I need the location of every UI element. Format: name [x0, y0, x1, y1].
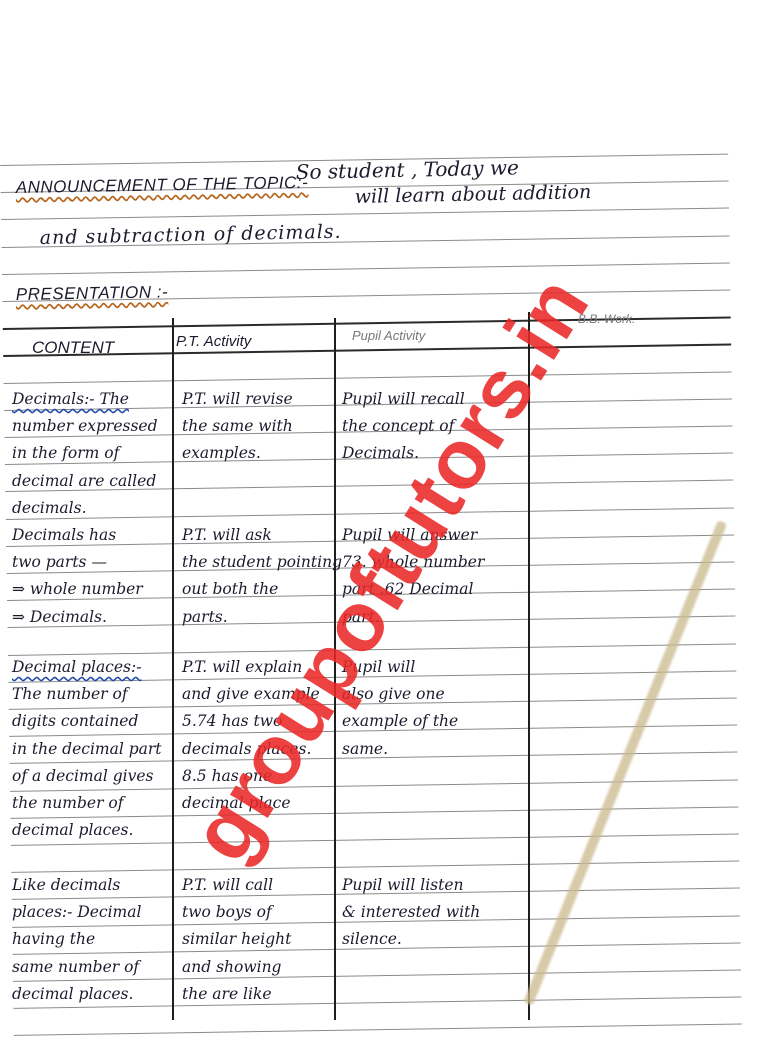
ruled-line	[14, 1024, 742, 1036]
ruled-line	[4, 371, 732, 383]
handwritten-line	[182, 468, 342, 495]
column-divider	[172, 318, 174, 1020]
handwritten-line: places:- Decimal	[12, 899, 141, 926]
handwritten-line: decimals.	[12, 495, 158, 522]
handwritten-line: digits contained	[12, 708, 162, 735]
ruled-line	[2, 262, 730, 274]
column-header-pupil-activity: Pupil Activity	[352, 328, 425, 343]
handwritten-line: Decimals has	[12, 522, 158, 549]
handwritten-line: ⇒ whole number	[12, 576, 158, 603]
handwritten-line: the are like	[182, 981, 291, 1008]
handwritten-line: same.	[342, 736, 458, 763]
pupil-activity-cell: Pupil will listen& interested with silen…	[342, 872, 480, 954]
handwritten-line: two parts —	[12, 549, 158, 576]
handwritten-line: same number of	[12, 954, 141, 981]
content-cell: Decimal places:-The number ofdigits cont…	[12, 654, 162, 844]
handwritten-line: and showing	[182, 954, 291, 981]
handwritten-line: decimal are called	[12, 468, 158, 495]
handwritten-line: P.T. will revise	[182, 386, 342, 413]
handwritten-line: Decimal places:-	[12, 654, 162, 681]
handwritten-line: of a decimal gives	[12, 763, 162, 790]
handwritten-line: similar height	[182, 926, 291, 953]
handwritten-line: ⇒ Decimals.	[12, 604, 158, 631]
content-cell: Like decimalsplaces:- Decimalhaving thes…	[12, 872, 141, 1008]
handwritten-line: Decimals:- The	[12, 386, 158, 413]
handwritten-line: decimal places.	[12, 981, 141, 1008]
handwritten-line: the number of	[12, 790, 162, 817]
presentation-heading: PRESENTATION :-	[16, 282, 169, 305]
pt-activity-cell: P.T. will calltwo boys ofsimilar heighta…	[182, 872, 291, 1008]
handwritten-line: Like decimals	[12, 872, 141, 899]
handwritten-line: the student pointing	[182, 549, 342, 576]
handwritten-line: examples.	[182, 440, 342, 467]
column-header-content: CONTENT	[32, 338, 114, 358]
handwritten-line: Pupil will listen	[342, 872, 480, 899]
handwritten-line: decimal places.	[12, 817, 162, 844]
ruled-line	[1, 208, 729, 220]
handwritten-line: & interested with	[342, 899, 480, 926]
content-cell: Decimals:- Thenumber expressedin the for…	[12, 386, 158, 631]
handwritten-line: The number of	[12, 681, 162, 708]
handwritten-line: two boys of	[182, 899, 291, 926]
handwritten-line: number expressed	[12, 413, 158, 440]
handwritten-line: the same with	[182, 413, 342, 440]
handwritten-line: in the form of	[12, 440, 158, 467]
column-header-pt-activity: P.T. Activity	[176, 333, 251, 350]
handwritten-line: having the	[12, 926, 141, 953]
handwritten-line: example of the	[342, 708, 458, 735]
handwritten-line	[182, 495, 342, 522]
notebook-page: ANNOUNCEMENT OF THE TOPIC:- So student ,…	[0, 0, 768, 1064]
handwritten-line: in the decimal part	[12, 736, 162, 763]
handwritten-line: P.T. will ask	[182, 522, 342, 549]
handwritten-line: silence.	[342, 926, 480, 953]
announcement-text-line1: So student , Today we	[295, 155, 519, 184]
